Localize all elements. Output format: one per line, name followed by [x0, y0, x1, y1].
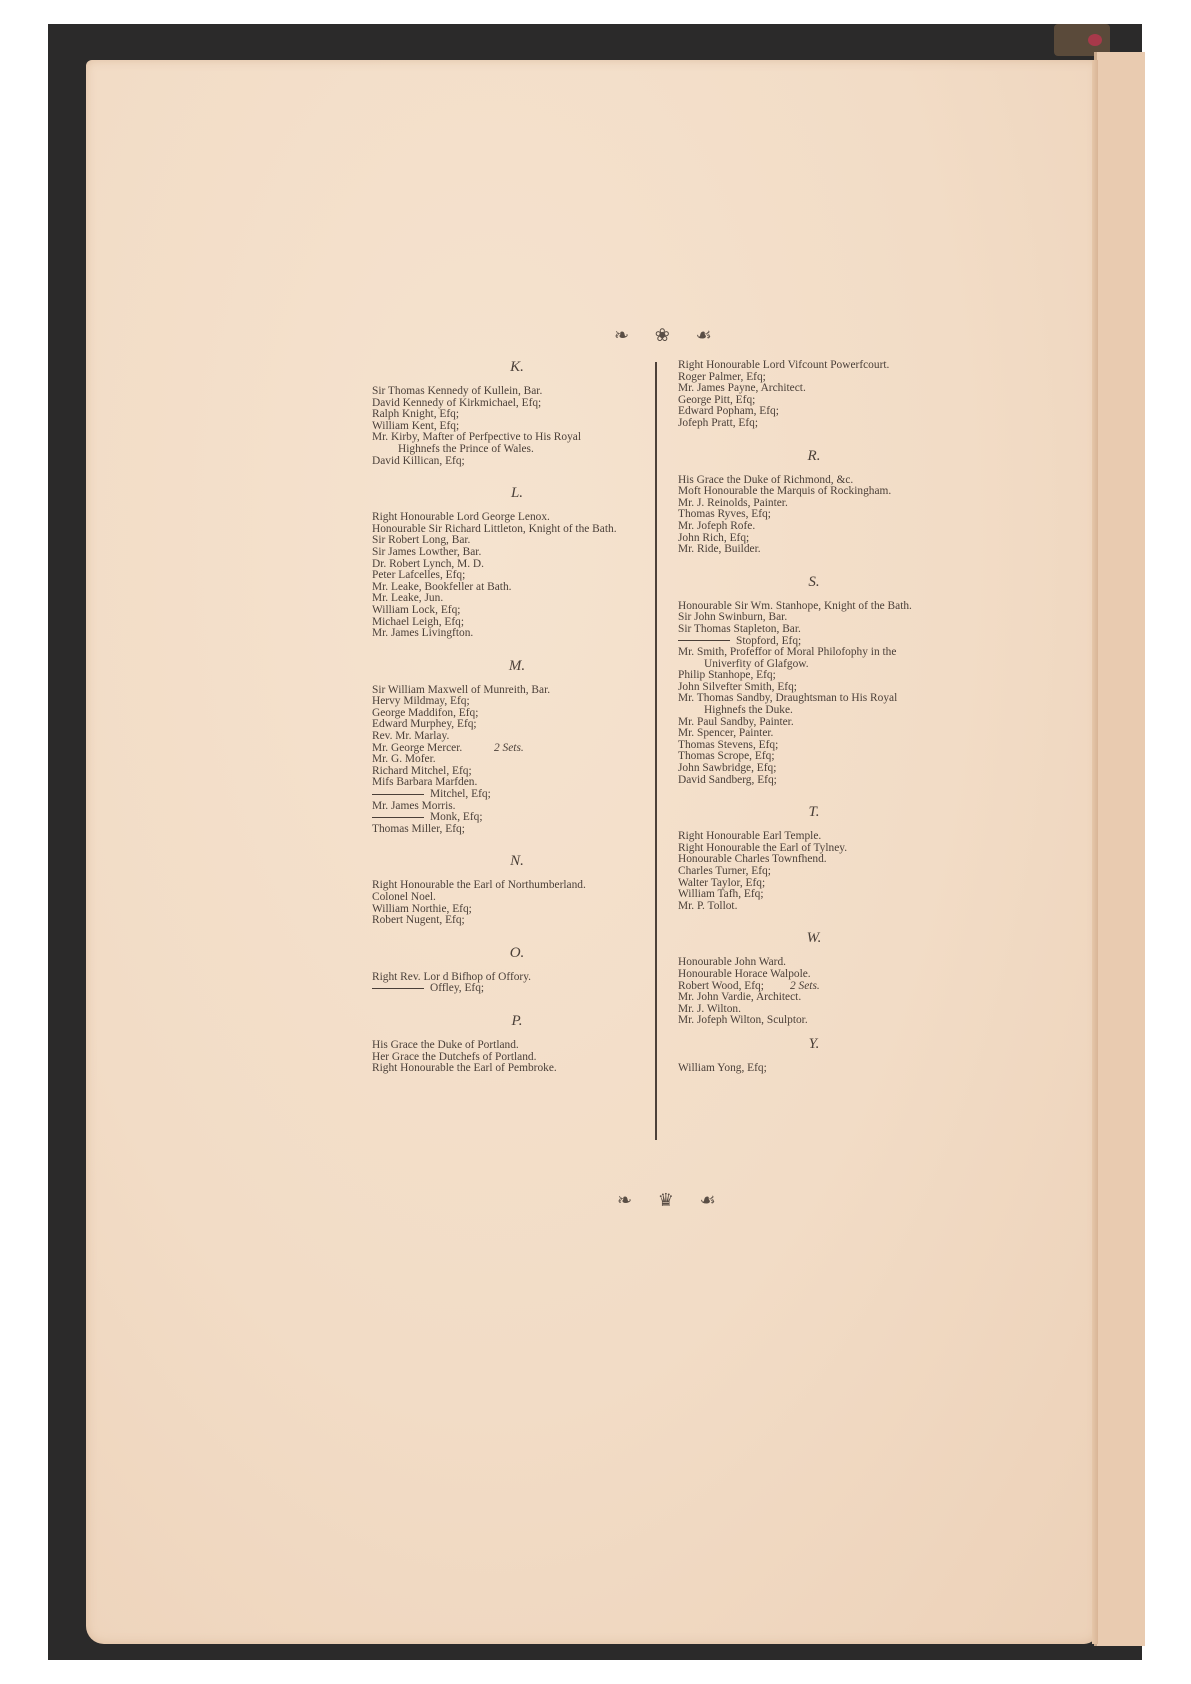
subscriber-entry: His Grace the Duke of Portland.: [372, 1040, 662, 1052]
section-letter: O.: [372, 944, 662, 962]
sets-note: 2 Sets.: [494, 743, 524, 755]
section-letter: S.: [678, 573, 950, 591]
subscriber-entry: Right Honourable the Earl of Pembroke.: [372, 1063, 662, 1075]
subscriber-entry: Mr. P. Tollot.: [678, 901, 950, 913]
subscriber-entry: Right Rev. Lor d Bifhop of Offory.: [372, 972, 662, 984]
subscriber-entry: Right Honourable Lord George Lenox.: [372, 512, 662, 524]
subscriber-entry: Sir James Lowther, Bar.: [372, 547, 662, 559]
section-letter: Y.: [678, 1035, 950, 1053]
subscriber-entry: Charles Turner, Efq;: [678, 866, 950, 878]
subscriber-entry: Sir Thomas Kennedy of Kullein, Bar.: [372, 386, 662, 398]
header-ornament-icon: ❧ ❀ ☙: [614, 325, 722, 346]
subscriber-entry-continued: Highnefs the Prince of Wales.: [372, 444, 662, 456]
subscriber-name: Monk, Efq;: [430, 811, 483, 823]
left-column: K. Sir Thomas Kennedy of Kullein, Bar. D…: [372, 358, 662, 1092]
subscriber-entry: Mifs Barbara Marfden.: [372, 777, 662, 789]
section-letter: W.: [678, 929, 950, 947]
subscriber-entry: Mr. Jofeph Wilton, Sculptor.: [678, 1015, 950, 1027]
subscriber-entry: Mitchel, Efq;: [372, 789, 662, 801]
subscriber-entry: Mr. Ride, Builder.: [678, 544, 950, 556]
right-column: Right Honourable Lord Vifcount Powerfcou…: [678, 360, 950, 1092]
section-w: W. Honourable John Ward. Honourable Hora…: [678, 929, 950, 1027]
section-l: L. Right Honourable Lord George Lenox. H…: [372, 484, 662, 640]
section-letter: R.: [678, 447, 950, 465]
subscriber-name: Offley, Efq;: [430, 982, 484, 994]
subscriber-entry: Jofeph Pratt, Efq;: [678, 418, 950, 430]
subscriber-entry: Mr. Jofeph Rofe.: [678, 521, 950, 533]
subscriber-entry: David Killican, Efq;: [372, 456, 662, 468]
subscriber-entry: Mr. James Morris.: [372, 801, 662, 813]
subscriber-entry: William Lock, Efq;: [372, 605, 662, 617]
subscriber-entry: William Yong, Efq;: [678, 1063, 950, 1075]
adjacent-page-edge: [1094, 52, 1145, 1646]
section-y: Y. William Yong, Efq;: [678, 1035, 950, 1075]
section-n: N. Right Honourable the Earl of Northumb…: [372, 852, 662, 926]
section-letter: L.: [372, 484, 662, 502]
ditto-rule: [372, 817, 424, 818]
subscriber-entry: Mr. James Livingfton.: [372, 628, 662, 640]
ditto-rule: [372, 988, 424, 989]
subscriber-name: Mr. George Mercer.: [372, 742, 462, 754]
ditto-rule: [372, 794, 424, 795]
subscriber-entry: Right Honourable Lord Vifcount Powerfcou…: [678, 360, 950, 372]
subscriber-name: Stopford, Efq;: [736, 635, 801, 647]
subscriber-name: Robert Wood, Efq;: [678, 980, 764, 992]
section-letter: M.: [372, 657, 662, 675]
section-p: P. His Grace the Duke of Portland. Her G…: [372, 1012, 662, 1075]
subscriber-entry: Offley, Efq;: [372, 983, 662, 995]
section-letter: P.: [372, 1012, 662, 1030]
subscriber-entry: John Sawbridge, Efq;: [678, 763, 950, 775]
ditto-rule: [678, 640, 730, 641]
subscriber-entry: Peter Lafcelles, Efq;: [372, 570, 662, 582]
subscriber-entry: David Sandberg, Efq;: [678, 775, 950, 787]
footer-ornament-icon: ❧ ♛ ☙: [617, 1190, 726, 1211]
subscriber-entry-continued: Highnefs the Duke.: [678, 705, 950, 717]
subscriber-name: Mitchel, Efq;: [430, 788, 491, 800]
subscriber-entry: Moft Honourable the Marquis of Rockingha…: [678, 486, 950, 498]
section-p-continued: Right Honourable Lord Vifcount Powerfcou…: [678, 360, 950, 430]
subscriber-entry: Robert Nugent, Efq;: [372, 915, 662, 927]
section-letter: T.: [678, 803, 950, 821]
subscriber-entry: Colonel Noel.: [372, 892, 662, 904]
subscriber-entry: Thomas Miller, Efq;: [372, 824, 662, 836]
section-s: S. Honourable Sir Wm. Stanhope, Knight o…: [678, 573, 950, 787]
section-o: O. Right Rev. Lor d Bifhop of Offory. Of…: [372, 944, 662, 995]
section-r: R. His Grace the Duke of Richmond, &c. M…: [678, 447, 950, 556]
section-k: K. Sir Thomas Kennedy of Kullein, Bar. D…: [372, 358, 662, 467]
section-letter: K.: [372, 358, 662, 376]
subscriber-entry: Mr. John Vardie, Architect.: [678, 992, 950, 1004]
section-m: M. Sir William Maxwell of Munreith, Bar.…: [372, 657, 662, 836]
subscriber-entry: Mr. Smith, Profeffor of Moral Philofophy…: [678, 647, 950, 659]
subscriber-entry: Sir Thomas Stapleton, Bar.: [678, 624, 950, 636]
section-t: T. Right Honourable Earl Temple. Right H…: [678, 803, 950, 912]
section-letter: N.: [372, 852, 662, 870]
